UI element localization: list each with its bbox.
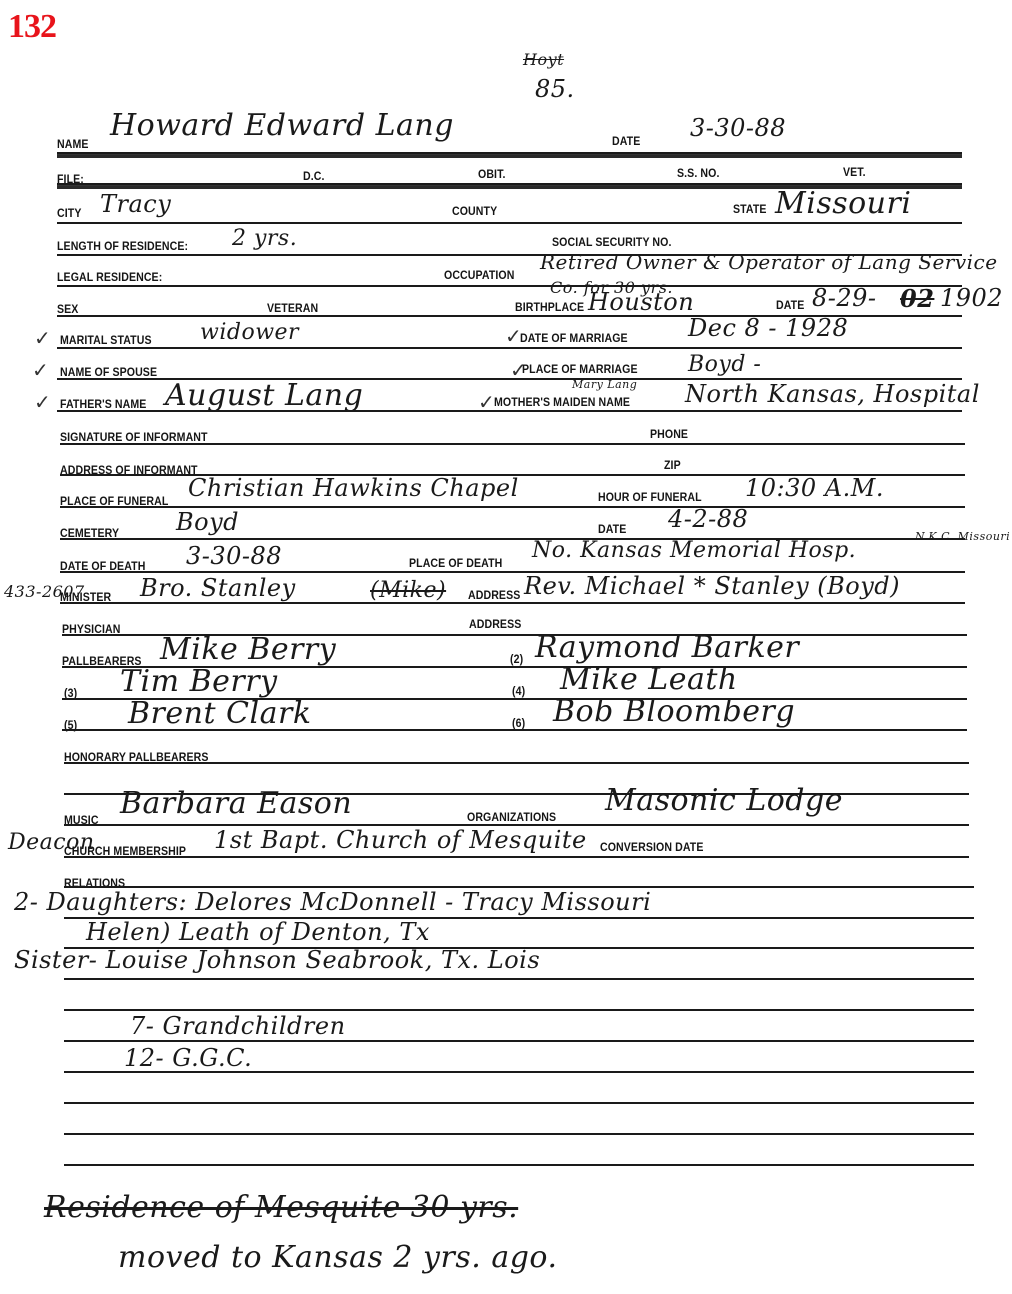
conversion-date-label: CONVERSION DATE [600, 842, 703, 854]
county-label: COUNTY [452, 206, 497, 218]
date-label: DATE [612, 136, 640, 148]
obit-label: OBIT. [478, 169, 505, 181]
place-of-marriage-label: PLACE OF MARRIAGE [522, 364, 638, 376]
rule [64, 1071, 974, 1073]
rule [60, 602, 965, 604]
veteran-label: VETERAN [267, 303, 318, 315]
birthplace-value: Houston [588, 288, 694, 316]
rule [64, 1102, 974, 1104]
fathers-name-value: August Lang [165, 378, 363, 413]
dc-label: D.C. [303, 171, 325, 183]
birth-date-label: DATE [776, 300, 804, 312]
checkmark-icon: ✓ [34, 326, 51, 350]
pallbearer-3: Tim Berry [120, 664, 278, 699]
name-value: Howard Edward Lang [110, 108, 454, 143]
occupation-value: Retired Owner & Operator of Lang Service [540, 250, 998, 274]
city-label: CITY [57, 208, 81, 220]
minister-address-value: Rev. Michael * Stanley (Boyd) [524, 572, 900, 600]
rule [64, 1040, 974, 1042]
rule [57, 410, 962, 412]
place-of-funeral-value: Christian Hawkins Chapel [188, 474, 519, 502]
checkmark-icon: ✓ [32, 358, 49, 382]
footer-moved-note: moved to Kansas 2 yrs. ago. [118, 1240, 557, 1275]
rule [64, 856, 969, 858]
length-of-residence-label: LENGTH OF RESIDENCE: [57, 241, 188, 253]
funeral-date-value: 4-2-88 [668, 505, 748, 533]
zip-label: ZIP [664, 460, 681, 472]
pallbearer-6: Bob Bloomberg [553, 694, 795, 729]
marital-status-label: MARITAL STATUS [60, 335, 152, 347]
place-of-death-note: N.K.C. Missouri [915, 530, 1010, 543]
age-note: 85. [535, 75, 575, 103]
music-value: Barbara Eason [120, 786, 352, 821]
birth-date-year: 1902 [940, 284, 1003, 312]
date-value: 3-30-88 [690, 114, 786, 142]
struck-note: Hoyt [523, 50, 564, 69]
minister-value: Bro. Stanley [140, 574, 296, 602]
rule [57, 347, 962, 349]
relations-line-1: 2- Daughters: Delores McDonnell - Tracy … [14, 888, 651, 916]
birth-date-value: 8-29- [812, 284, 877, 312]
rule [64, 978, 974, 980]
phone-label: PHONE [650, 429, 688, 441]
pallbearer-4-num: (4) [512, 686, 525, 698]
hour-of-funeral-label: HOUR OF FUNERAL [598, 492, 702, 504]
place-of-death-label: PLACE OF DEATH [409, 558, 502, 570]
place-of-marriage-value: Boyd - [688, 352, 761, 377]
pallbearer-1: Mike Berry [160, 632, 336, 667]
legal-residence-label: LEGAL RESIDENCE: [57, 272, 162, 284]
rule [62, 729, 967, 731]
mothers-maiden-name-label: MOTHER'S MAIDEN NAME [494, 397, 630, 409]
marital-status-value: widower [200, 320, 299, 345]
relations-line-4: 7- Grandchildren [130, 1012, 346, 1040]
organizations-label: ORGANIZATIONS [467, 812, 556, 824]
mothers-maiden-name-value: Mary Lang [572, 378, 637, 391]
footer-struck-note: Residence of Mesquite 30 yrs. [44, 1190, 518, 1225]
birthplace-label: BIRTHPLACE [515, 302, 584, 314]
relations-line-2: Helen) Leath of Denton, Tx [86, 918, 430, 946]
church-membership-value: 1st Bapt. Church of Mesquite [214, 826, 587, 854]
pallbearer-5: Brent Clark [128, 696, 312, 731]
pallbearer-2-num: (2) [510, 654, 523, 666]
place-of-death-value: No. Kansas Memorial Hosp. [532, 538, 856, 563]
rule [64, 1133, 974, 1135]
relations-line-5: 12- G.G.C. [124, 1044, 252, 1072]
rule [64, 1009, 974, 1011]
minister-struck: (Mike) [370, 578, 446, 603]
date-of-death-value: 3-30-88 [186, 542, 282, 570]
page-number: 132 [8, 8, 56, 46]
date-of-marriage-label: DATE OF MARRIAGE [520, 333, 628, 345]
rule [57, 152, 962, 155]
ss-no-label: S.S. NO. [677, 168, 719, 180]
organizations-value: Masonic Lodge [605, 783, 843, 818]
hour-of-funeral-value: 10:30 A.M. [745, 474, 884, 502]
rule [60, 443, 965, 445]
state-label: STATE [733, 204, 767, 216]
vet-label: VET. [843, 167, 866, 179]
social-security-label: SOCIAL SECURITY NO. [552, 237, 672, 249]
rule [64, 762, 969, 764]
city-value: Tracy [100, 190, 171, 218]
physician-address-label: ADDRESS [469, 619, 521, 631]
minister-address-label: ADDRESS [468, 590, 520, 602]
cemetery-value: Boyd [176, 508, 239, 536]
funeral-date-label: DATE [598, 524, 626, 536]
length-of-residence-value: 2 yrs. [232, 226, 297, 251]
date-of-marriage-value: Dec 8 - 1928 [688, 314, 848, 342]
pallbearer-4: Mike Leath [560, 662, 738, 697]
relations-line-3: Sister- Louise Johnson Seabrook, Tx. Loi… [14, 946, 540, 974]
occupation-label: OCCUPATION [444, 270, 514, 282]
name-label: NAME [57, 139, 89, 151]
state-value: Missouri [775, 186, 911, 221]
rule [57, 222, 962, 224]
mothers-maiden-name-extra: North Kansas, Hospital [685, 380, 980, 408]
birth-date-struck: 02 [900, 284, 934, 313]
rule [64, 1164, 974, 1166]
checkmark-icon: ✓ [34, 390, 51, 414]
pallbearer-2: Raymond Barker [535, 630, 799, 665]
